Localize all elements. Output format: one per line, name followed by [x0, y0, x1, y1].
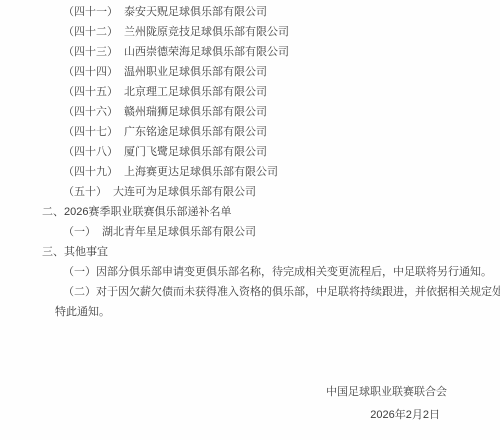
list-item: （四十七）广东铭途足球俱乐部有限公司: [0, 122, 500, 142]
list-item-name: 山西崇德荣海足球俱乐部有限公司: [124, 46, 289, 58]
signature-date: 2026年2月2日: [0, 405, 500, 425]
list-item: （四十四）温州职业足球俱乐部有限公司: [0, 62, 500, 82]
document-page: （四十一）泰安天贶足球俱乐部有限公司 （四十二）兰州陇原竞技足球俱乐部有限公司 …: [0, 0, 500, 440]
document-body: （四十一）泰安天贶足球俱乐部有限公司 （四十二）兰州陇原竞技足球俱乐部有限公司 …: [0, 2, 500, 322]
list-item-index: （四十七）: [63, 126, 118, 138]
list-item: （五十）大连可为足球俱乐部有限公司: [0, 182, 500, 202]
signature-block: 中国足球职业联赛联合会 2026年2月2日: [0, 382, 500, 425]
list-item-index: （五十）: [63, 186, 107, 198]
section-heading-other-matters: 三、其他事宜: [0, 242, 500, 262]
list-item-name: 温州职业足球俱乐部有限公司: [124, 66, 267, 78]
list-item: （一）湖北青年星足球俱乐部有限公司: [0, 222, 500, 242]
list-item: （四十一）泰安天贶足球俱乐部有限公司: [0, 2, 500, 22]
section-heading-supplementary-list: 二、2026赛季职业联赛俱乐部递补名单: [0, 202, 500, 222]
list-item-index: （四十一）: [63, 6, 118, 18]
list-item: （四十八）厦门飞鹭足球俱乐部有限公司: [0, 142, 500, 162]
signature-org: 中国足球职业联赛联合会: [0, 382, 500, 402]
list-item-name: 广东铭途足球俱乐部有限公司: [124, 126, 267, 138]
list-item-index: （四十三）: [63, 46, 118, 58]
list-item-name: 湖北青年星足球俱乐部有限公司: [102, 226, 256, 238]
list-item: （四十九）上海赛更达足球俱乐部有限公司: [0, 162, 500, 182]
closing-text: 特此通知。: [0, 302, 500, 322]
list-item: （四十六）赣州瑞狮足球俱乐部有限公司: [0, 102, 500, 122]
list-item-name: 赣州瑞狮足球俱乐部有限公司: [124, 106, 267, 118]
list-item-index: （四十五）: [63, 86, 118, 98]
list-item-name: 厦门飞鹭足球俱乐部有限公司: [124, 146, 267, 158]
list-item: （四十二）兰州陇原竞技足球俱乐部有限公司: [0, 22, 500, 42]
list-item-index: （一）: [63, 226, 96, 238]
list-item-name: 北京理工足球俱乐部有限公司: [124, 86, 267, 98]
other-matters-item: （二）对于因欠薪欠债而未获得准入资格的俱乐部，中足联将持续跟进，并依据相关规定处…: [0, 282, 500, 302]
list-item-name: 泰安天贶足球俱乐部有限公司: [124, 6, 267, 18]
list-item-index: （四十六）: [63, 106, 118, 118]
list-item-index: （四十八）: [63, 146, 118, 158]
list-item: （四十三）山西崇德荣海足球俱乐部有限公司: [0, 42, 500, 62]
list-item-name: 大连可为足球俱乐部有限公司: [113, 186, 256, 198]
list-item-name: 兰州陇原竞技足球俱乐部有限公司: [124, 26, 289, 38]
list-item-name: 上海赛更达足球俱乐部有限公司: [124, 166, 278, 178]
list-item-index: （四十四）: [63, 66, 118, 78]
list-item: （四十五）北京理工足球俱乐部有限公司: [0, 82, 500, 102]
list-item-index: （四十九）: [63, 166, 118, 178]
list-item-index: （四十二）: [63, 26, 118, 38]
other-matters-item: （一）因部分俱乐部申请变更俱乐部名称，待完成相关变更流程后，中足联将另行通知。: [0, 262, 500, 282]
